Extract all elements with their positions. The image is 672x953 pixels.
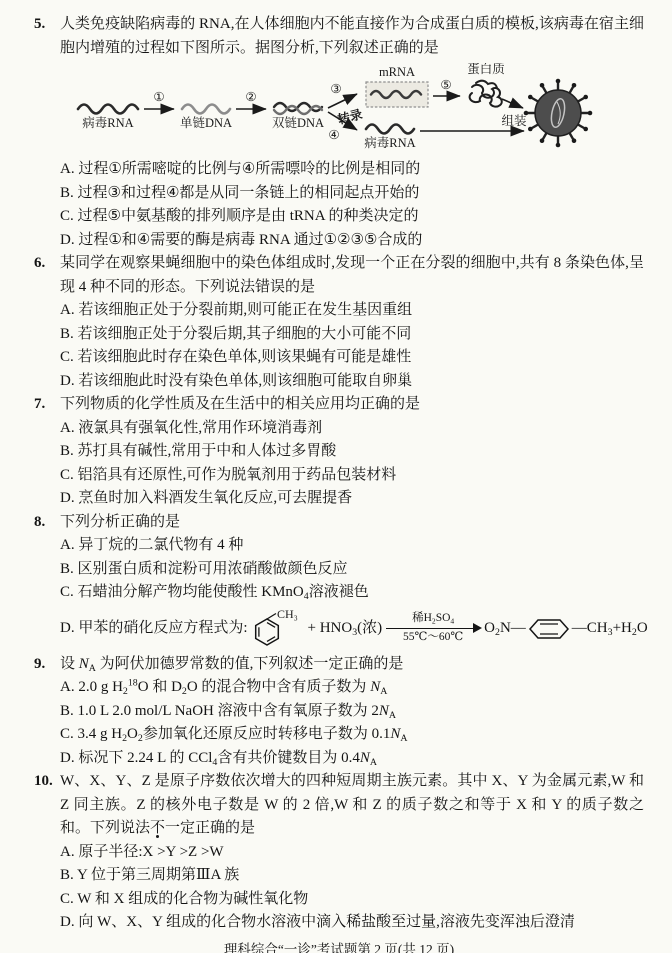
q5-option-b: B. 过程③和过程④都是从同一条链上的相同起点开始的 xyxy=(60,182,644,206)
q5-option-c: C. 过程⑤中氨基酸的排列顺序是由 tRNA 的种类决定的 xyxy=(60,205,644,229)
q6-stem: 某同学在观察果蝇细胞中的染色体组成时,发现一个正在分裂的细胞中,共有 8 条染色… xyxy=(60,252,644,299)
transcription-label: 转录 xyxy=(336,106,364,127)
q10-option-c: C. W 和 X 组成的化合物为碱性氧化物 xyxy=(60,888,644,912)
step5-circled-number: ⑤ xyxy=(440,77,451,92)
exam-page: 5. 人类免疫缺陷病毒的 RNA,在人体细胞内不能直接作为合成蛋白质的模板,该病… xyxy=(0,0,672,953)
q10-option-d: D. 向 W、X、Y 组成的化合物水溶液中滴入稀盐酸至过量,溶液先变浑浊后澄清 xyxy=(60,911,644,935)
ssdna-wave xyxy=(182,105,230,114)
question-10: 10. W、X、Y、Z 是原子序数依次增大的四种短周期主族元素。其中 X、Y 为… xyxy=(34,770,644,935)
mrna-label: mRNA xyxy=(379,65,415,79)
question-9: 9. 设 NA 为阿伏加德罗常数的值,下列叙述一定正确的是 A. 2.0 g H… xyxy=(34,653,644,771)
protein-blob-icon xyxy=(470,81,502,107)
virus-rna-wave xyxy=(78,105,138,114)
q9-option-b: B. 1.0 L 2.0 mol/L NaOH 溶液中含有氧原子数为 2NA xyxy=(60,700,644,724)
virus-rna-label: 病毒RNA xyxy=(82,115,133,130)
q10-option-a: A. 原子半径:X >Y >Z >W xyxy=(60,841,644,865)
q7-number: 7. xyxy=(34,393,60,417)
q6-number: 6. xyxy=(34,252,60,276)
toluene-methyl-label: CH₃ xyxy=(277,608,298,621)
q6-option-d: D. 若该细胞此时没有染色单体,则该细胞可能取自卵巢 xyxy=(60,370,644,394)
q10-number: 10. xyxy=(34,770,60,794)
q8-number: 8. xyxy=(34,511,60,535)
q10-option-b: B. Y 位于第三周期第ⅢA 族 xyxy=(60,864,644,888)
virus-rna2-wave xyxy=(366,125,414,134)
step4-circled-number: ④ xyxy=(328,127,339,142)
step3-circled-number: ③ xyxy=(330,81,341,96)
q5-number: 5. xyxy=(34,13,60,37)
q7-option-a: A. 液氯具有强氧化性,常用作环境消毒剂 xyxy=(60,417,644,441)
q8d-reagent: + HNO3(浓) xyxy=(308,617,383,641)
q6-option-a: A. 若该细胞正处于分裂前期,则可能正在发生基因重组 xyxy=(60,299,644,323)
question-8: 8. 下列分析正确的是 A. 异丁烷的二氯代物有 4 种 B. 区别蛋白质和淀粉… xyxy=(34,511,644,653)
q7-stem: 下列物质的化学性质及在生活中的相关应用均正确的是 xyxy=(60,393,644,417)
arrow-step3 xyxy=(328,94,357,108)
q8-option-d-equation: D. 甲苯的硝化反应方程式为: CH₃ + HNO3(浓) 稀H2SO4 55℃… xyxy=(60,605,644,653)
step2-circled-number: ② xyxy=(245,89,256,104)
q8-option-c: C. 石蜡油分解产物均能使酸性 KMnO4溶液褪色 xyxy=(60,581,644,605)
q9-number: 9. xyxy=(34,653,60,677)
mrna-box xyxy=(366,82,428,107)
virus-rna2-label: 病毒RNA xyxy=(364,135,415,150)
q8d-label: D. 甲苯的硝化反应方程式为: xyxy=(60,617,248,641)
q9-option-d: D. 标况下 2.24 L 的 CCl4含有共价键数目为 0.4NA xyxy=(60,747,644,771)
virus-replication-diagram: 病毒RNA ① 单链DNA ② 双链DNA xyxy=(74,63,644,155)
q8d-product-suffix: —CH3+H2O xyxy=(572,617,648,641)
benzene-ring-para xyxy=(527,614,571,644)
q5-option-a: A. 过程①所需嘧啶的比例与④所需嘌呤的比例是相同的 xyxy=(60,158,644,182)
q8-option-a: A. 异丁烷的二氯代物有 4 种 xyxy=(60,534,644,558)
virus-icon xyxy=(524,79,593,148)
page-footer: 理科综合“一诊”考试题第 2 页(共 12 页) xyxy=(34,938,644,953)
q5-option-d: D. 过程①和④需要的酶是病毒 RNA 通过①②③⑤合成的 xyxy=(60,229,644,253)
q8d-product-prefix: O2N— xyxy=(484,617,526,641)
protein-label: 蛋白质 xyxy=(467,63,505,76)
virus-replication-svg: 病毒RNA ① 单链DNA ② 双链DNA xyxy=(74,63,594,155)
arrow-protein-to-virus xyxy=(502,99,523,108)
assembly-label: 组装 xyxy=(501,113,527,128)
q9-stem: 设 NA 为阿伏加德罗常数的值,下列叙述一定正确的是 xyxy=(60,653,644,677)
step1-circled-number: ① xyxy=(153,89,164,104)
q7-option-b: B. 苏打具有碱性,常用于中和人体过多胃酸 xyxy=(60,440,644,464)
q8-stem: 下列分析正确的是 xyxy=(60,511,644,535)
q8-option-b: B. 区别蛋白质和淀粉可用浓硝酸做颜色反应 xyxy=(60,558,644,582)
q6-option-c: C. 若该细胞此时存在染色单体,则该果蝇有可能是雄性 xyxy=(60,346,644,370)
q7-option-d: D. 烹鱼时加入料酒发生氧化反应,可去腥提香 xyxy=(60,487,644,511)
dsdna-label: 双链DNA xyxy=(272,116,324,130)
q9-option-c: C. 3.4 g H2O2参加氧化还原反应时转移电子数为 0.1NA xyxy=(60,723,644,747)
q9-option-a: A. 2.0 g H218O 和 D2O 的混合物中含有质子数为 NA xyxy=(60,676,644,700)
q8d-condition-top: 稀H2SO4 xyxy=(412,612,454,626)
q10-stem: W、X、Y、Z 是原子序数依次增大的四种短周期主族元素。其中 X、Y 为金属元素… xyxy=(60,770,644,841)
q8d-condition-bottom: 55℃～60℃ xyxy=(403,631,463,645)
q5-stem: 人类免疫缺陷病毒的 RNA,在人体细胞内不能直接作为合成蛋白质的模板,该病毒在宿… xyxy=(60,13,644,60)
question-7: 7. 下列物质的化学性质及在生活中的相关应用均正确的是 A. 液氯具有强氧化性,… xyxy=(34,393,644,511)
reaction-conditions: 稀H2SO4 55℃～60℃ xyxy=(386,612,480,645)
reaction-arrow xyxy=(386,628,480,630)
ssdna-label: 单链DNA xyxy=(180,116,232,130)
q7-option-c: C. 铝箔具有还原性,可作为脱氧剂用于药品包装材料 xyxy=(60,464,644,488)
benzene-ring-toluene: CH₃ xyxy=(249,608,307,650)
question-5: 5. 人类免疫缺陷病毒的 RNA,在人体细胞内不能直接作为合成蛋白质的模板,该病… xyxy=(34,13,644,252)
q6-option-b: B. 若该细胞正处于分裂后期,其子细胞的大小可能不同 xyxy=(60,323,644,347)
question-6: 6. 某同学在观察果蝇细胞中的染色体组成时,发现一个正在分裂的细胞中,共有 8 … xyxy=(34,252,644,393)
